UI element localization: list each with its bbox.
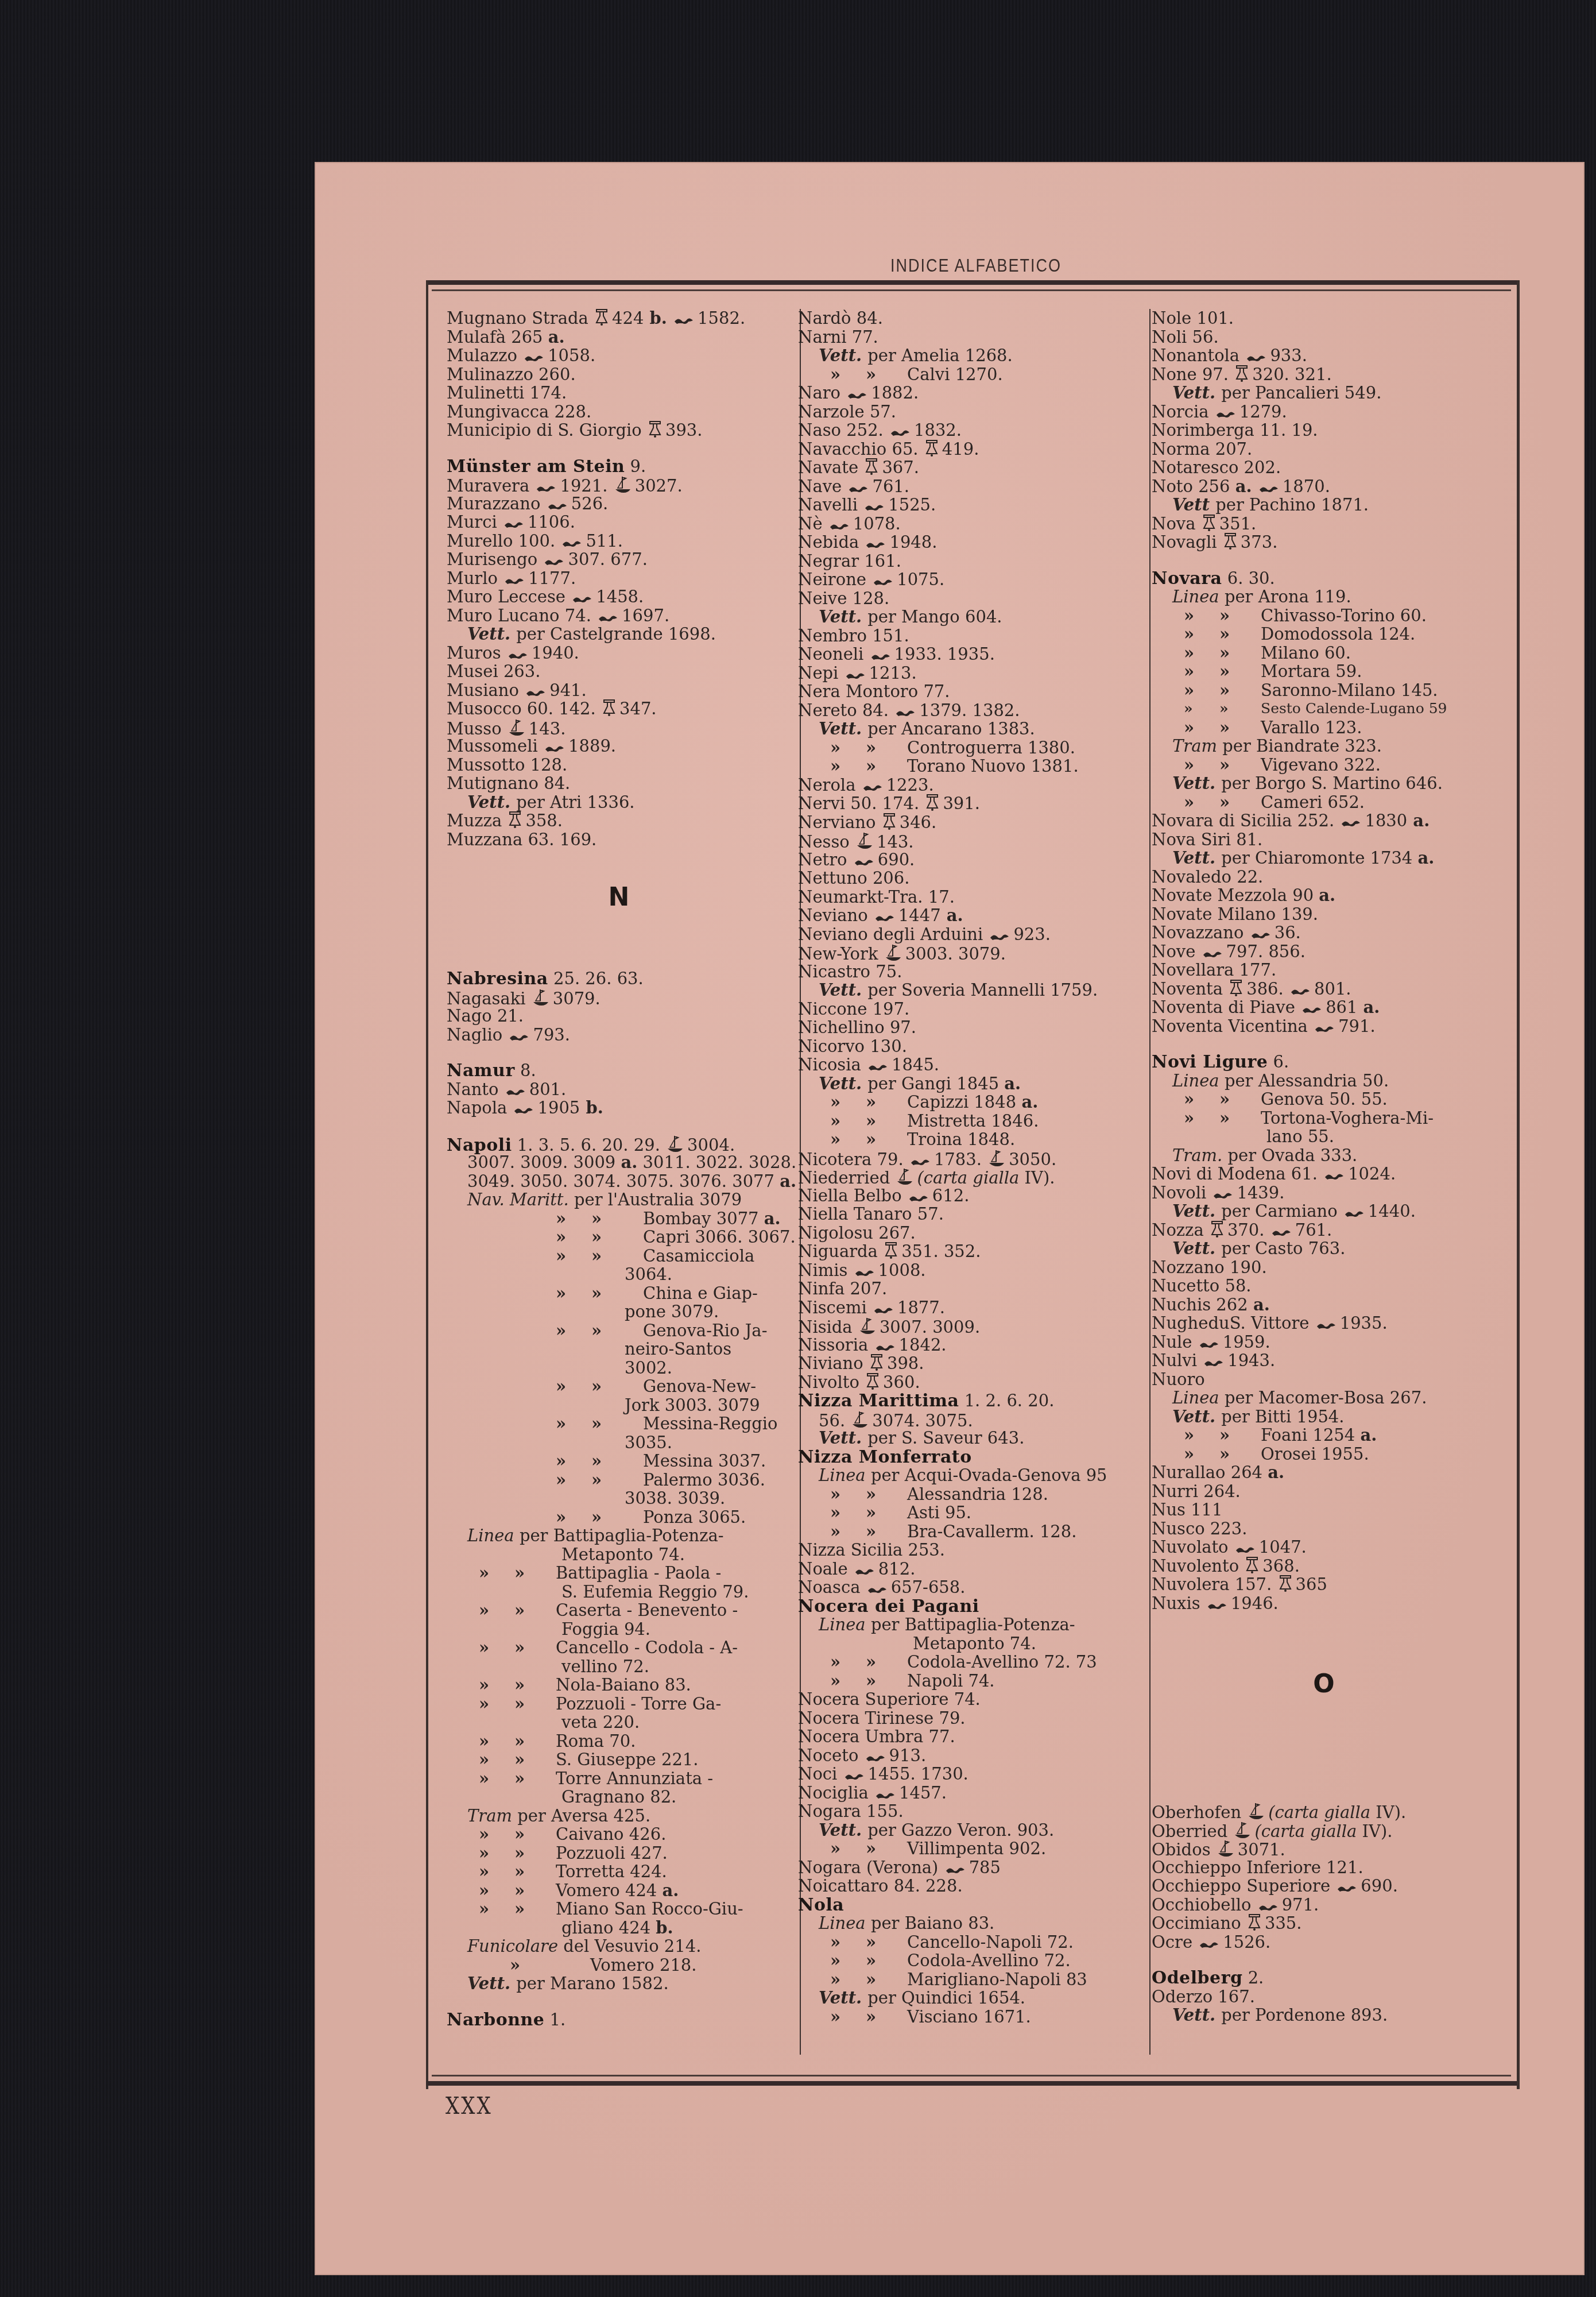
entry-text: Negrar 161. <box>798 551 901 571</box>
entry-text: Muro Lucano 74. <box>447 606 596 625</box>
ditto-mark: » <box>866 1653 907 1672</box>
ditto-mark: » <box>556 1471 591 1490</box>
index-sub-entry: »»Codola-Avellino 72. <box>798 1951 1142 1970</box>
table-number: 1058. <box>548 346 595 365</box>
index-sub-entry: »»Chivasso-Torino 60. <box>1152 606 1496 625</box>
vehicle-keyword: Vett. <box>467 792 516 812</box>
spacer <box>1152 1951 1496 1969</box>
index-sub-entry: Foggia 94. <box>447 1620 791 1639</box>
ditto-mark: » <box>866 365 907 384</box>
entry-text: Musiano <box>447 680 524 700</box>
index-entry: Neive 128. <box>798 589 1142 608</box>
entry-text: lano 55. <box>1266 1127 1334 1146</box>
ditto-mark: » <box>830 365 866 384</box>
ditto-mark: » <box>1219 662 1261 681</box>
ditto-mark: » <box>866 1933 907 1952</box>
index-entry: Noicattaro 84. 228. <box>798 1877 1142 1896</box>
table-number: 861 <box>1326 997 1357 1017</box>
entry-text: Nogara 155. <box>798 1801 904 1821</box>
index-entry: Mulinetti 174. <box>447 384 791 403</box>
entry-text: Niella Tanaro 57. <box>798 1204 944 1224</box>
tram-bell-icon <box>602 699 616 721</box>
entry-text: Naglio <box>447 1025 508 1045</box>
index-entry: Nova Siri 81. <box>1152 830 1496 849</box>
entry-text: Noventa <box>1152 979 1228 999</box>
entry-text: Novellara 177. <box>1152 960 1276 980</box>
entry-text: Nocera Superiore 74. <box>798 1689 981 1709</box>
index-entry: Nave 761. <box>798 477 1142 496</box>
ditto-mark: » <box>514 1564 556 1583</box>
index-entry: Neumarkt-Tra. 17. <box>798 888 1142 907</box>
entry-text: per Pancalieri 549. <box>1221 383 1381 403</box>
index-entry: Vett. per Mango 604. <box>798 608 1142 627</box>
table-number: 143. <box>529 719 566 738</box>
entry-text: Nebida <box>798 532 864 552</box>
index-sub-entry: »»Varallo 123. <box>1152 718 1496 737</box>
table-number: 1845. <box>892 1055 939 1074</box>
entry-text: Nola-Baiano 83. <box>556 1675 691 1695</box>
index-heading-entry: Nizza Marittima 1. 2. 6. 20. <box>798 1391 1142 1410</box>
ditto-mark: » <box>1184 699 1219 718</box>
ditto-mark: » <box>830 1951 866 1970</box>
index-sub-entry: »»China e Giap- <box>447 1284 791 1303</box>
table-number: 386. <box>1246 979 1284 999</box>
table-number: 511. <box>586 531 623 551</box>
table-number: 360. <box>883 1372 920 1392</box>
table-number: 1946. <box>1231 1594 1279 1613</box>
index-sub-entry: »»Bombay 3077 a. <box>447 1209 791 1228</box>
table-number: 393. <box>665 420 703 440</box>
table-number: 1905 <box>537 1098 580 1117</box>
entry-text: Nulvi <box>1152 1351 1202 1370</box>
entry-text: Villimpenta 902. <box>907 1839 1046 1858</box>
entry-text: per Battipaglia-Potenza- <box>871 1615 1075 1634</box>
index-sub-entry: »»Nola-Baiano 83. <box>447 1676 791 1695</box>
ditto-mark: » <box>556 1228 591 1247</box>
index-sub-entry: 3035. <box>447 1433 791 1452</box>
entry-text: Nucetto 58. <box>1152 1276 1252 1296</box>
table-number: 657-658. <box>891 1577 966 1597</box>
index-entry: Nuvolato 1047. <box>1152 1538 1496 1557</box>
heading-name: Odelberg <box>1152 1968 1242 1988</box>
ditto-mark: » <box>1219 793 1261 812</box>
table-suffix: a. <box>1407 811 1430 830</box>
entry-text: Noceto <box>798 1746 864 1765</box>
index-column-2: Nardò 84. Narni 77. Vett. per Amelia 126… <box>798 309 1142 2026</box>
entry-text: per Quindici 1654. <box>867 1988 1025 2008</box>
entry-text: Musso <box>447 719 507 738</box>
entry-text: Cameri 652. <box>1261 792 1365 812</box>
entry-text: Occimiano <box>1152 1913 1246 1933</box>
table-number: 1582. <box>698 308 745 328</box>
entry-text: Norma 207. <box>1152 439 1252 459</box>
index-sub-entry: »»Capri 3066. 3067. <box>447 1228 791 1247</box>
index-entry: Vett. per Borgo S. Martino 646. <box>1152 774 1496 793</box>
entry-text: Vomero 218. <box>590 1955 697 1975</box>
index-entry: Murisengo 307. 677. <box>447 550 791 569</box>
ditto-mark: » <box>866 757 907 776</box>
table-suffix: a. <box>1418 848 1435 868</box>
index-entry: Novagli 373. <box>1152 533 1496 552</box>
table-number: 3074. 3075. <box>872 1411 973 1430</box>
ditto-mark: » <box>591 1377 643 1396</box>
entry-text: 3064. <box>625 1264 672 1284</box>
index-entry: Nogara (Verona) 785 <box>798 1858 1142 1877</box>
index-entry: Vett. per Atri 1336. <box>447 793 791 812</box>
entry-text: Noasca <box>798 1577 866 1597</box>
table-number: 1940. <box>532 643 579 663</box>
index-entry: 56. 3074. 3075. <box>798 1410 1142 1429</box>
entry-text: 3002. <box>625 1358 672 1378</box>
entry-text: Mungivacca 228. <box>447 402 591 421</box>
entry-text: Nardò 84. <box>798 308 883 328</box>
index-entry: Vett. per Castelgrande 1698. <box>447 625 791 644</box>
table-number: 1047. <box>1259 1537 1307 1557</box>
index-entry: Nervi 50. 174. 391. <box>798 794 1142 813</box>
index-sub-entry: 3064. <box>447 1265 791 1284</box>
entry-text: Nuxis <box>1152 1594 1206 1613</box>
index-entry: Nardò 84. <box>798 309 1142 328</box>
index-entry: Nuxis 1946. <box>1152 1594 1496 1613</box>
index-entry: Occhieppo Superiore 690. <box>1152 1877 1496 1896</box>
table-number: 1457. <box>899 1783 947 1803</box>
rail-icon <box>509 1028 529 1047</box>
table-number: 1078. <box>853 514 901 533</box>
index-heading-entry: Nocera dei Pagani <box>798 1597 1142 1616</box>
index-entry: Nogara 155. <box>798 1802 1142 1821</box>
entry-text: Oberhofen <box>1152 1803 1246 1822</box>
entry-text: Nozzano 190. <box>1152 1258 1267 1277</box>
frame-rule-bottom-thick <box>426 2081 1517 2086</box>
entry-text: per Bitti 1954. <box>1221 1407 1344 1426</box>
entry-text: Messina-Reggio <box>643 1414 778 1433</box>
vehicle-keyword: Vett. <box>819 1820 867 1840</box>
ditto-mark: » <box>1219 718 1261 737</box>
table-number: 3079. <box>553 989 601 1008</box>
index-entry: Vett. per Pordenone 893. <box>1152 2006 1496 2025</box>
index-entry: Novaledo 22. <box>1152 868 1496 887</box>
entry-text: per Atri 1336. <box>516 792 634 812</box>
index-entry: Nuvolento 368. <box>1152 1557 1496 1576</box>
ditto-mark: » <box>866 1503 907 1522</box>
index-sub-entry: vellino 72. <box>447 1657 791 1676</box>
route-keyword: Tram. <box>1172 1146 1227 1165</box>
entry-text: Nave <box>798 477 847 496</box>
index-sub-entry: »»S. Giuseppe 221. <box>447 1750 791 1769</box>
entry-text: Mulafà 265 <box>447 327 548 347</box>
ditto-mark: » <box>591 1284 643 1303</box>
index-entry: Linea per Battipaglia-Potenza- <box>447 1526 791 1545</box>
column-divider-2 <box>1149 309 1150 2055</box>
index-sub-entry: »»Asti 95. <box>798 1503 1142 1522</box>
index-entry: Occhieppo Inferiore 121. <box>1152 1858 1496 1877</box>
entry-text: Muro Leccese <box>447 587 571 606</box>
index-heading-entry: Nola <box>798 1896 1142 1915</box>
entry-text: Mutignano 84. <box>447 774 570 793</box>
entry-text: Neviano degli Arduini <box>798 925 988 944</box>
entry-text: veta 220. <box>561 1712 640 1732</box>
index-entry: Noventa Vicentina 791. <box>1152 1017 1496 1036</box>
index-entry: None 97. 320. 321. <box>1152 365 1496 384</box>
index-entry: Nerviano 346. <box>798 813 1142 832</box>
table-number: 391. <box>943 794 980 813</box>
entry-text: Vomero 424 <box>556 1881 663 1900</box>
ditto-mark: » <box>1184 662 1219 681</box>
index-sub-entry: »»Pozzuoli - Torre Ga- <box>447 1695 791 1714</box>
entry-text: Nonantola <box>1152 346 1245 365</box>
tram-bell-icon <box>1279 1575 1292 1596</box>
index-entry: Niederried (carta gialla IV). <box>798 1167 1142 1186</box>
index-entry: Vett. per Bitti 1954. <box>1152 1407 1496 1426</box>
entry-text: Nicastro 75. <box>798 962 902 981</box>
table-number: 6. <box>1268 1052 1289 1072</box>
entry-text: Caserta - Benevento - <box>556 1600 738 1620</box>
index-entry: Niella Tanaro 57. <box>798 1205 1142 1224</box>
index-entry: Nanto 801. <box>447 1080 791 1099</box>
table-number: 25. 26. 63. <box>548 969 644 988</box>
spacer <box>447 1993 791 2010</box>
index-entry: Oderzo 167. <box>1152 1987 1496 2006</box>
index-entry: Mutignano 84. <box>447 774 791 793</box>
entry-text: Muros <box>447 643 506 663</box>
index-entry: Linea per Arona 119. <box>1152 587 1496 606</box>
entry-text: Neive 128. <box>798 589 889 608</box>
vehicle-keyword: Vett <box>1172 495 1215 515</box>
ditto-mark: » <box>479 1844 514 1863</box>
index-entry: Nepi 1213. <box>798 664 1142 683</box>
entry-text: Novate Milano 139. <box>1152 904 1318 924</box>
entry-text: per Chiaromonte 1734 <box>1221 848 1417 868</box>
entry-text: Bra-Cavallerm. 128. <box>907 1522 1077 1541</box>
entry-text: Metaponto 74. <box>913 1634 1036 1653</box>
entry-text: Mulinetti 174. <box>447 383 567 403</box>
entry-text: Pozzuoli - Torre Ga- <box>556 1694 721 1714</box>
table-number: 335. <box>1265 1913 1302 1933</box>
spacer <box>447 1044 791 1061</box>
entry-text: Nembro 151. <box>798 626 909 645</box>
index-entry: Nociglia 1457. <box>798 1784 1142 1803</box>
entry-text: Muravera <box>447 476 534 496</box>
index-entry: Navelli 1525. <box>798 496 1142 515</box>
index-sub-entry: »»Foani 1254 a. <box>1152 1426 1496 1445</box>
index-sub-entry: »»Controguerra 1380. <box>798 738 1142 757</box>
table-number: 1379. 1382. <box>919 701 1020 720</box>
table-number: 971. <box>1282 1895 1319 1915</box>
index-sub-entry: »»Ponza 3065. <box>447 1508 791 1527</box>
entry-text: vellino 72. <box>561 1657 649 1676</box>
index-entry: Naso 252. 1832. <box>798 421 1142 440</box>
entry-text: Nova <box>1152 514 1201 533</box>
index-entry: Musei 263. <box>447 662 791 681</box>
entry-text: Neoneli <box>798 644 869 664</box>
entry-text: Nigolosu 267. <box>798 1223 916 1243</box>
entry-text: Narzole 57. <box>798 402 896 421</box>
index-entry: Nurri 264. <box>1152 1482 1496 1501</box>
index-sub-entry: »»Miano San Rocco-Giu- <box>447 1900 791 1919</box>
entry-text: Genova-New- <box>643 1376 756 1396</box>
index-sub-entry: »»Caserta - Benevento - <box>447 1601 791 1620</box>
ditto-mark: » <box>556 1209 591 1228</box>
route-keyword: Linea <box>1172 1071 1225 1091</box>
entry-text: 3049. 3050. 3074. 3075. 3076. 3077 <box>467 1171 780 1191</box>
table-number: IV). <box>1376 1803 1406 1822</box>
entry-text: del Vesuvio 214. <box>563 1936 701 1956</box>
entry-text: neiro-Santos <box>625 1339 731 1359</box>
ditto-mark: » <box>514 1732 556 1751</box>
table-number: 801. <box>529 1080 567 1099</box>
index-entry: Nettuno 206. <box>798 869 1142 888</box>
table-number: 812. <box>878 1559 916 1579</box>
entry-text: Ninfa 207. <box>798 1279 887 1298</box>
index-entry: Muro Lucano 74. 1697. <box>447 606 791 625</box>
tram-bell-icon <box>925 440 939 461</box>
index-entry: Vett per Pachino 1871. <box>1152 496 1496 515</box>
entry-text: Netro <box>798 850 853 869</box>
index-entry: Nigolosu 267. <box>798 1224 1142 1243</box>
index-entry: Vett. per Amelia 1268. <box>798 346 1142 365</box>
index-heading-entry: Nabresina 25. 26. 63. <box>447 969 791 988</box>
tram-bell-icon <box>648 421 662 442</box>
index-sub-entry: »»Genova-New- <box>447 1377 791 1396</box>
table-number: 9. <box>625 457 646 476</box>
vehicle-keyword: Vett. <box>1172 2005 1221 2025</box>
index-sub-entry: lano 55. <box>1152 1127 1496 1146</box>
index-entry: Novi di Modena 61. 1024. <box>1152 1165 1496 1184</box>
ditto-mark: » <box>479 1750 514 1769</box>
entry-text: Nus 111 <box>1152 1500 1223 1519</box>
index-sub-entry: veta 220. <box>447 1713 791 1732</box>
entry-text: Mistretta 1846. <box>907 1111 1039 1131</box>
ditto-mark: » <box>1184 625 1219 644</box>
entry-text: Nove <box>1152 942 1201 961</box>
ditto-mark: » <box>866 738 907 757</box>
entry-text: Saronno-Milano 145. <box>1261 680 1438 700</box>
table-number: 320. 321. <box>1252 365 1331 384</box>
index-entry: Obidos 3071. <box>1152 1839 1496 1858</box>
entry-text: Mulazzo <box>447 346 522 365</box>
index-entry: Niccone 197. <box>798 1000 1142 1019</box>
index-entry: Naglio 793. <box>447 1026 791 1045</box>
index-entry: Noventa di Piave 861 a. <box>1152 998 1496 1017</box>
table-number: 612. <box>932 1186 970 1205</box>
entry-text: Codola-Avellino 72. 73 <box>907 1652 1097 1672</box>
route-keyword: Linea <box>1172 1388 1225 1407</box>
route-keyword: Linea <box>819 1465 871 1485</box>
index-entry: Nissoria 1842. <box>798 1336 1142 1355</box>
entry-text: China e Giap- <box>643 1283 758 1303</box>
vehicle-keyword: Vett. <box>819 980 867 1000</box>
ditto-mark: » <box>830 1503 866 1522</box>
entry-text: Nanto <box>447 1080 504 1099</box>
vehicle-keyword: Vett. <box>819 607 867 627</box>
vehicle-keyword: Vett. <box>1172 1239 1221 1258</box>
index-heading-entry: Narbonne 1. <box>447 2010 791 2029</box>
entry-text: Murlo <box>447 569 503 588</box>
table-number: 368. <box>1262 1556 1300 1576</box>
index-sub-entry: »»Torre Annunziata - <box>447 1769 791 1788</box>
vehicle-keyword: Vett. <box>819 1074 867 1093</box>
entry-text: Nuvolato <box>1152 1537 1234 1557</box>
entry-text: Novate Mezzola 90 <box>1152 885 1319 905</box>
entry-text: Nivolto <box>798 1372 865 1392</box>
entry-text: per Marano 1582. <box>516 1974 668 1993</box>
table-number: 307. 677. <box>568 550 647 569</box>
index-entry: Vett. per Soveria Mannelli 1759. <box>798 981 1142 1000</box>
entry-text: Narni 77. <box>798 327 878 347</box>
heading-name: Nizza Marittima <box>798 1391 959 1411</box>
heading-name: Nocera dei Pagani <box>798 1596 979 1617</box>
table-number: 1882. <box>871 383 919 403</box>
index-entry: Nerola 1223. <box>798 776 1142 795</box>
rail-icon <box>1207 1596 1227 1615</box>
index-entry: Ninfa 207. <box>798 1279 1142 1298</box>
index-entry: Nago 21. <box>447 1007 791 1026</box>
index-sub-entry: »»Milano 60. <box>1152 644 1496 663</box>
index-heading-entry: Novi Ligure 6. <box>1152 1053 1496 1072</box>
entry-text: Miano San Rocco-Giu- <box>556 1899 743 1919</box>
entry-text: Noventa di Piave <box>1152 997 1300 1017</box>
entry-text: Marigliano-Napoli 83 <box>907 1970 1087 1989</box>
entry-text: per Acqui-Ovada-Genova 95 <box>871 1465 1107 1485</box>
entry-text: Noventa Vicentina <box>1152 1016 1313 1036</box>
entry-text: Novara di Sicilia 252. <box>1152 811 1339 830</box>
entry-text: Occhieppo Inferiore 121. <box>1152 1858 1363 1877</box>
index-entry: Nagasaki 3079. <box>447 988 791 1007</box>
ditto-mark: » <box>591 1209 643 1228</box>
entry-text: Foggia 94. <box>561 1619 650 1639</box>
entry-text: Nesso <box>798 832 855 852</box>
index-entry: Nuchis 262 a. <box>1152 1296 1496 1314</box>
ditto-mark: » <box>591 1471 643 1490</box>
table-suffix: a. <box>663 1881 679 1900</box>
ditto-mark: » <box>514 1844 556 1863</box>
table-number: 351. <box>1219 514 1257 533</box>
entry-text: Nuvolera 157. <box>1152 1575 1277 1594</box>
table-number: 1783. <box>934 1150 982 1169</box>
index-sub-entry: neiro-Santos <box>447 1340 791 1359</box>
table-suffix: a. <box>1268 1463 1284 1482</box>
heading-name: Narbonne <box>447 2010 544 2030</box>
index-sub-entry: »»Villimpenta 902. <box>798 1839 1142 1858</box>
ditto-mark: » <box>1184 793 1219 812</box>
table-suffix: a. <box>1357 997 1380 1017</box>
ditto-mark: » <box>591 1228 643 1247</box>
ditto-mark: » <box>866 1522 907 1541</box>
index-entry: Murazzano 526. <box>447 494 791 513</box>
entry-text: Genova-Rio Ja- <box>643 1321 767 1340</box>
table-number: 3004. <box>687 1135 735 1155</box>
entry-text: Occhiobello <box>1152 1895 1257 1915</box>
ditto-mark: » <box>514 1638 556 1657</box>
index-entry: Nusco 223. <box>1152 1519 1496 1538</box>
table-number: 1. <box>544 2010 565 2029</box>
index-entry: Nichellino 97. <box>798 1018 1142 1037</box>
index-entry: Vett. per Quindici 1654. <box>798 1989 1142 2008</box>
index-entry: Nembro 151. <box>798 627 1142 645</box>
index-entry: Nivolto 360. <box>798 1373 1142 1392</box>
index-entry: Ocre 1526. <box>1152 1933 1496 1952</box>
index-sub-entry: »»Marigliano-Napoli 83 <box>798 1970 1142 1989</box>
ditto-mark: » <box>866 1130 907 1149</box>
index-entry: Mulafà 265 a. <box>447 328 791 347</box>
ditto-mark: » <box>591 1508 643 1527</box>
route-keyword: Tram <box>1172 736 1222 756</box>
ditto-mark: » <box>1184 756 1219 775</box>
ditto-mark: » <box>1219 681 1261 700</box>
index-entry: Oberhofen (carta gialla IV). <box>1152 1802 1496 1821</box>
index-sub-entry: Jork 3003. 3079 <box>447 1396 791 1415</box>
ditto-mark: » <box>830 1933 866 1952</box>
